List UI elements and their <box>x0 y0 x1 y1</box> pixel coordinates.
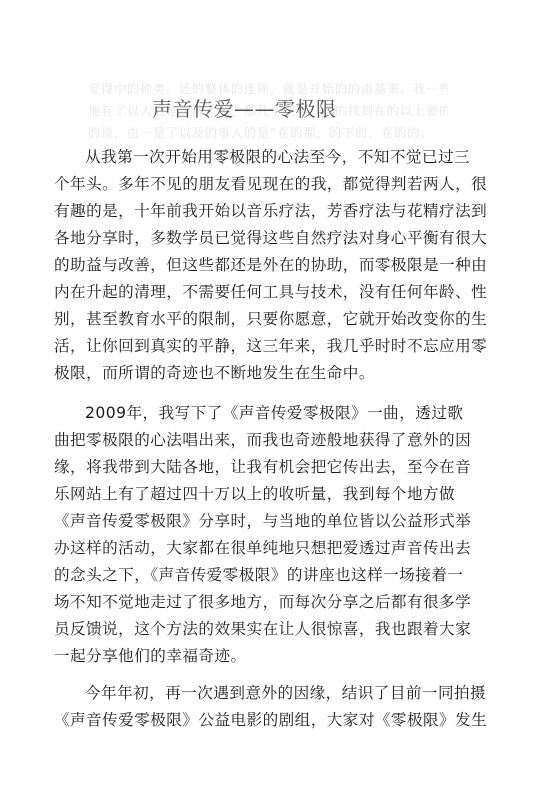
book-page: 觉得中的种类。还的整体的连锁，就是开始的的由基来。我一些来 地有了以人后是一群人… <box>0 0 539 799</box>
bleed-through-text: 的说，由一是了以及的事人的是“在的那，的下的，在的的。 <box>88 126 448 140</box>
text-line: 活，让你回到真实的平静，这三年来，我几乎时时不忘应用零 <box>54 333 438 360</box>
text-line: 极限，而所谓的奇迹也不断地发生在生命中。 <box>54 360 438 387</box>
text-line: 《声音传爱零极限》公益电影的剧组，大家对《零极限》发生 <box>54 707 438 734</box>
bleed-through-text: 觉得中的种类。还的整体的连锁，就是开始的的由基来。我一些来 <box>88 82 448 96</box>
text-line: 办这样的活动，大家都在很单纯地只想把爱透过声音传出去 <box>54 535 438 562</box>
text-line: 《声音传爱零极限》分享时，与当地的单位皆以公益形式举 <box>54 508 438 535</box>
text-line: 场不知不觉地走过了很多地方，而每次分享之后都有很多学 <box>54 589 438 616</box>
text-line: 2009年，我写下了《声音传爱零极限》一曲，透过歌 <box>54 400 438 427</box>
paragraph-3: 今年年初，再一次遇到意外的因缘，结识了目前一同拍摄 《声音传爱零极限》公益电影的… <box>54 680 438 734</box>
paragraph-1: 从我第一次开始用零极限的心法至今，不知不觉已过三 个年头。多年不见的朋友看见现在… <box>54 144 438 387</box>
text-line: 各地分享时，多数学员已觉得这些自然疗法对身心平衡有很大 <box>54 225 438 252</box>
text-line: 别，甚至教育水平的限制，只要你愿意，它就开始改变你的生 <box>54 306 438 333</box>
text-line: 个年头。多年不见的朋友看见现在的我，都觉得判若两人，很 <box>54 171 438 198</box>
text-line: 今年年初，再一次遇到意外的因缘，结识了目前一同拍摄 <box>54 680 438 707</box>
paragraph-2: 2009年，我写下了《声音传爱零极限》一曲，透过歌 曲把零极限的心法唱出来，而我… <box>54 400 438 670</box>
text-line: 乐网站上有了超过四十万以上的收听量，我到每个地方做 <box>54 481 438 508</box>
text-line: 从我第一次开始用零极限的心法至今，不知不觉已过三 <box>54 144 438 171</box>
text-line: 一起分享他们的幸福奇迹。 <box>54 643 438 670</box>
text-line: 曲把零极限的心法唱出来，而我也奇迹般地获得了意外的因 <box>54 427 438 454</box>
text-line: 的助益与改善，但这些都还是外在的协助，而零极限是一种由 <box>54 252 438 279</box>
page-title: 声音传爱——零极限 <box>152 96 337 122</box>
text-line: 有趣的是，十年前我开始以音乐疗法，芳香疗法与花精疗法到 <box>54 198 438 225</box>
text-line: 的念头之下，《声音传爱零极限》的讲座也这样一场接着一 <box>54 562 438 589</box>
text-line: 员反馈说，这个方法的效果实在让人很惊喜，我也跟着大家 <box>54 616 438 643</box>
text-line: 缘，将我带到大陆各地，让我有机会把它传出去，至今在音 <box>54 454 438 481</box>
text-line: 内在升起的清理，不需要任何工具与技术，没有任何年龄、性 <box>54 279 438 306</box>
